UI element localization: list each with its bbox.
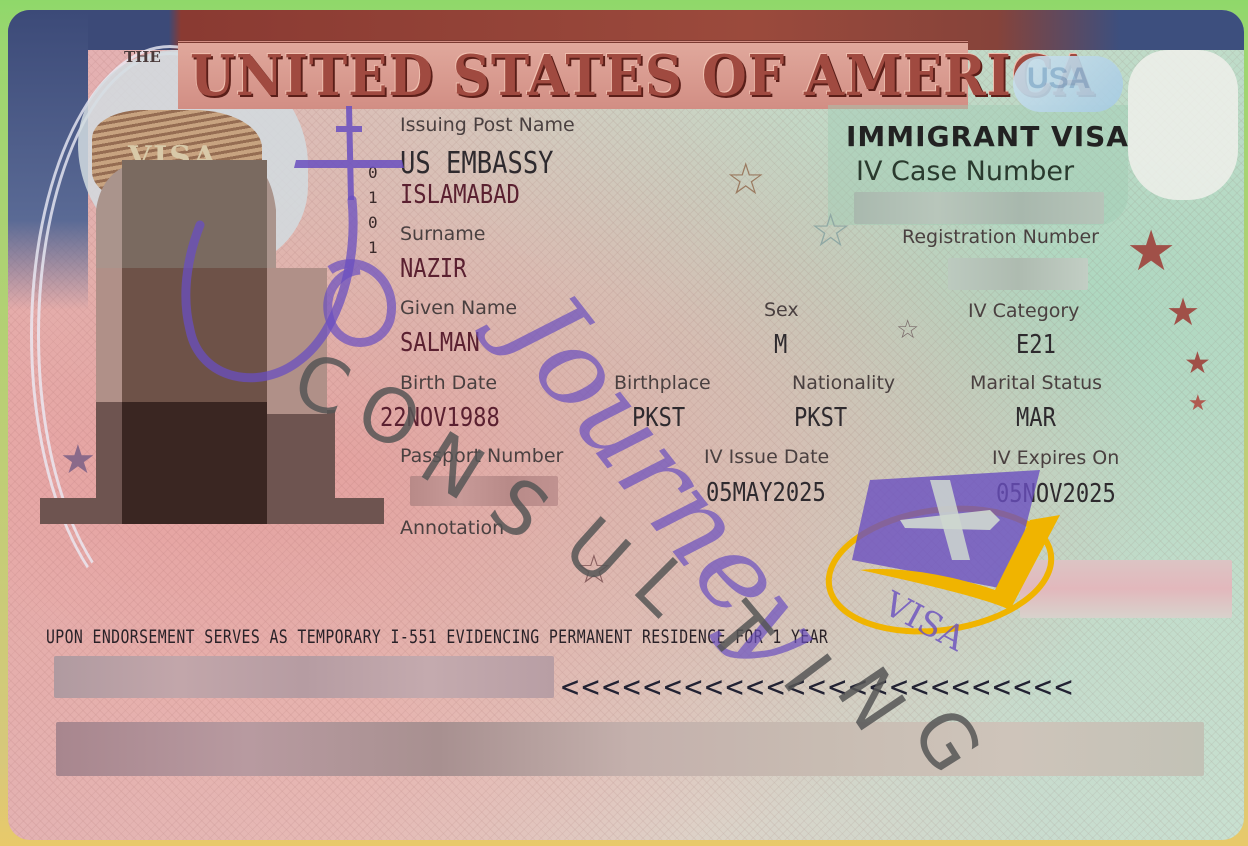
iv-expires-on-label: IV Expires On [992, 447, 1119, 469]
passport-number-redacted [410, 476, 558, 506]
annotation-label: Annotation [400, 517, 504, 539]
birth-date-value: 22NOV1988 [380, 403, 500, 433]
iv-expires-on-value: 05NOV2025 [996, 479, 1116, 509]
mrz-line1-filler: <<<<<<<<<<<<<<<<<<<<<<<<< [561, 670, 1075, 705]
sex-label: Sex [764, 299, 799, 321]
iv-issue-date-value: 05MAY2025 [706, 478, 826, 508]
star-icon: ★ [1188, 384, 1208, 424]
given-name-value: SALMAN [400, 328, 480, 358]
issuing-post-line2: ISLAMABAD [400, 180, 520, 210]
star-icon: ★ [1126, 232, 1176, 272]
visa-type-title: IMMIGRANT VISA [846, 120, 1129, 153]
given-name-label: Given Name [400, 297, 517, 319]
iv-case-number-redacted [854, 192, 1104, 224]
marital-status-label: Marital Status [970, 372, 1102, 394]
nationality-label: Nationality [792, 372, 895, 394]
surname-value: NAZIR [400, 254, 467, 284]
visa-foil: VISA THE UNITED STATES OF AMERICA USA ☆ … [8, 10, 1244, 840]
annotation-redacted [1020, 560, 1232, 618]
marital-status-value: MAR [1016, 403, 1056, 433]
star-icon: ☆ [810, 210, 851, 250]
registration-number-label: Registration Number [902, 226, 1099, 248]
mrz-line2-redacted [56, 722, 1204, 776]
endorsement-text: UPON ENDORSEMENT SERVES AS TEMPORARY I-5… [46, 626, 828, 648]
star-icon: ☆ [726, 160, 765, 200]
iv-category-label: IV Category [968, 300, 1079, 322]
birthplace-value: PKST [632, 403, 685, 433]
issuing-post-line1: US EMBASSY [400, 146, 554, 181]
birth-date-label: Birth Date [400, 372, 497, 394]
registration-number-redacted [948, 258, 1088, 290]
star-icon: ★ [1166, 292, 1200, 332]
nationality-value: PKST [794, 403, 847, 433]
sex-value: M [774, 330, 787, 360]
hologram-text: USA [1027, 62, 1090, 96]
passport-number-label: Passport Number [400, 445, 563, 467]
birthplace-label: Birthplace [614, 372, 711, 394]
issuing-post-label: Issuing Post Name [400, 114, 575, 136]
star-icon: ★ [1184, 344, 1211, 384]
redacted-photo [8, 10, 408, 550]
star-icon: ☆ [896, 310, 919, 350]
iv-category-value: E21 [1016, 330, 1056, 360]
iv-case-number-label: IV Case Number [856, 156, 1074, 187]
statue-of-liberty-hologram-icon [1128, 50, 1238, 200]
usa-hologram: USA [1013, 56, 1123, 112]
surname-label: Surname [400, 223, 485, 245]
mrz-line1-redacted [54, 656, 554, 698]
iv-issue-date-label: IV Issue Date [704, 446, 829, 468]
star-icon: ☆ [576, 550, 612, 590]
